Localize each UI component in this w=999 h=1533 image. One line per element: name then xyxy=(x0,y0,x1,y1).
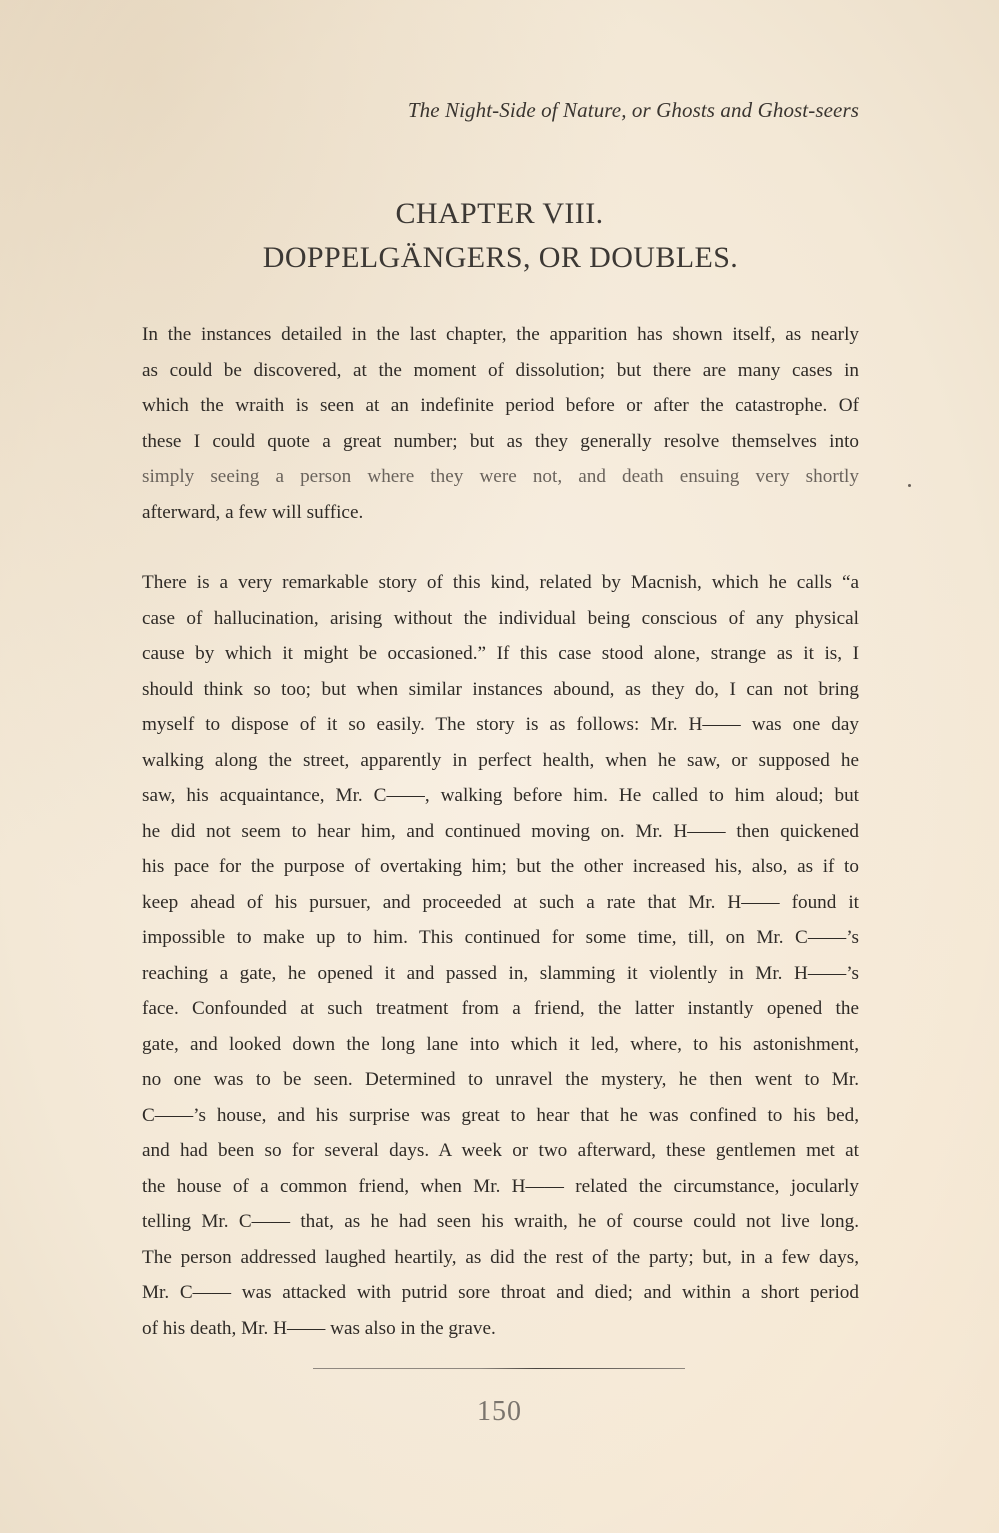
text-line: saw, his acquaintance, Mr. C——, walking … xyxy=(142,778,859,814)
text-line: which the wraith is seen at an indefinit… xyxy=(142,388,859,424)
text-line: cause by which it might be occasioned.” … xyxy=(142,636,859,672)
text-line: myself to dispose of it so easily. The s… xyxy=(142,707,859,743)
text-line: of his death, Mr. H—— was also in the gr… xyxy=(142,1311,859,1347)
chapter-title: DOPPELGÄNGERS, OR DOUBLES. xyxy=(0,236,999,280)
body-text: In the instances detailed in the last ch… xyxy=(142,317,859,1346)
text-line: There is a very remarkable story of this… xyxy=(142,565,859,601)
text-line: C——’s house, and his surprise was great … xyxy=(142,1098,859,1134)
text-line: afterward, a few will suffice. xyxy=(142,495,859,531)
text-line: telling Mr. C—— that, as he had seen his… xyxy=(142,1204,859,1240)
text-line: The person addressed laughed heartily, a… xyxy=(142,1240,859,1276)
chapter-number: CHAPTER VIII. xyxy=(0,192,999,236)
footer-rule xyxy=(313,1368,685,1369)
text-line: gate, and looked down the long lane into… xyxy=(142,1027,859,1063)
paragraph-1: In the instances detailed in the last ch… xyxy=(142,317,859,530)
text-line: impossible to make up to him. This conti… xyxy=(142,920,859,956)
text-line: as could be discovered, at the moment of… xyxy=(142,353,859,389)
text-line: his pace for the purpose of overtaking h… xyxy=(142,849,859,885)
book-page: The Night-Side of Nature, or Ghosts and … xyxy=(0,0,999,1533)
text-line: reaching a gate, he opened it and passed… xyxy=(142,956,859,992)
running-head: The Night-Side of Nature, or Ghosts and … xyxy=(408,98,859,123)
text-line: he did not seem to hear him, and continu… xyxy=(142,814,859,850)
text-line: and had been so for several days. A week… xyxy=(142,1133,859,1169)
text-line: simply seeing a person where they were n… xyxy=(142,459,859,495)
paper-speck xyxy=(908,484,911,487)
text-line: Mr. C—— was attacked with putrid sore th… xyxy=(142,1275,859,1311)
text-line: should think so too; but when similar in… xyxy=(142,672,859,708)
paragraph-2: There is a very remarkable story of this… xyxy=(142,565,859,1346)
text-line: these I could quote a great number; but … xyxy=(142,424,859,460)
text-line: keep ahead of his pursuer, and proceeded… xyxy=(142,885,859,921)
text-line: the house of a common friend, when Mr. H… xyxy=(142,1169,859,1205)
text-line: walking along the street, apparently in … xyxy=(142,743,859,779)
text-line: no one was to be seen. Determined to unr… xyxy=(142,1062,859,1098)
text-line: face. Confounded at such treatment from … xyxy=(142,991,859,1027)
text-line: case of hallucination, arising without t… xyxy=(142,601,859,637)
page-number: 150 xyxy=(0,1396,999,1428)
text-line: In the instances detailed in the last ch… xyxy=(142,317,859,353)
chapter-heading: CHAPTER VIII. DOPPELGÄNGERS, OR DOUBLES. xyxy=(0,192,999,280)
